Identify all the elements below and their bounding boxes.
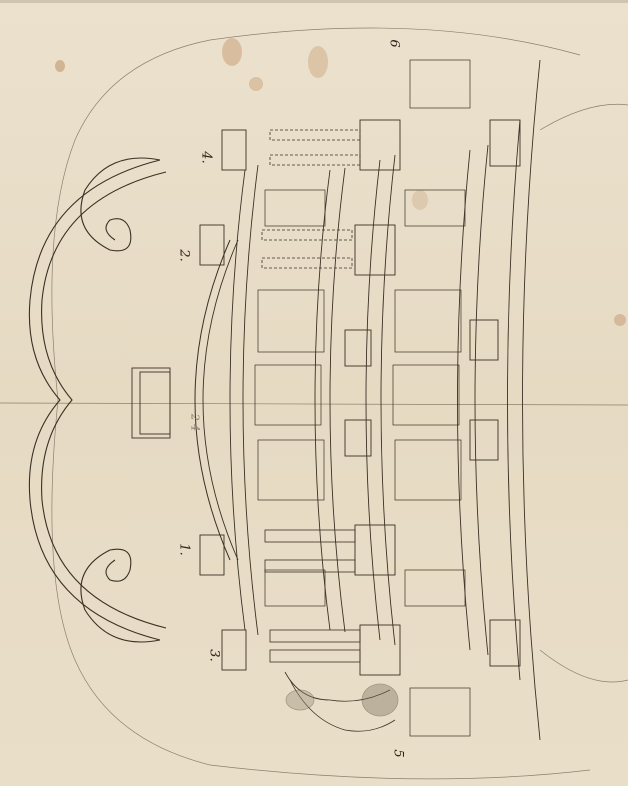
elevation-drawing bbox=[0, 0, 628, 786]
label-6: 6 bbox=[387, 39, 402, 47]
sculpture-group bbox=[285, 672, 398, 731]
label-5: 5 bbox=[391, 749, 406, 757]
pencil-note: 2 4 bbox=[188, 414, 201, 432]
pencil-outline bbox=[0, 28, 628, 779]
upper-windows bbox=[255, 60, 470, 736]
central-chimney bbox=[132, 368, 170, 438]
stains bbox=[55, 38, 626, 326]
label-2: 2. bbox=[177, 249, 192, 261]
label-3: 3. bbox=[207, 649, 222, 661]
drawing-sheet: 6 4. 2. 1. 3. 5 2 4 bbox=[0, 0, 628, 786]
pavilions bbox=[200, 120, 520, 675]
scroll-gable bbox=[29, 158, 166, 642]
label-4: 4. bbox=[199, 151, 214, 163]
twisted-columns bbox=[262, 130, 360, 662]
facade-bands bbox=[230, 60, 540, 740]
label-1: 1. bbox=[177, 543, 192, 555]
